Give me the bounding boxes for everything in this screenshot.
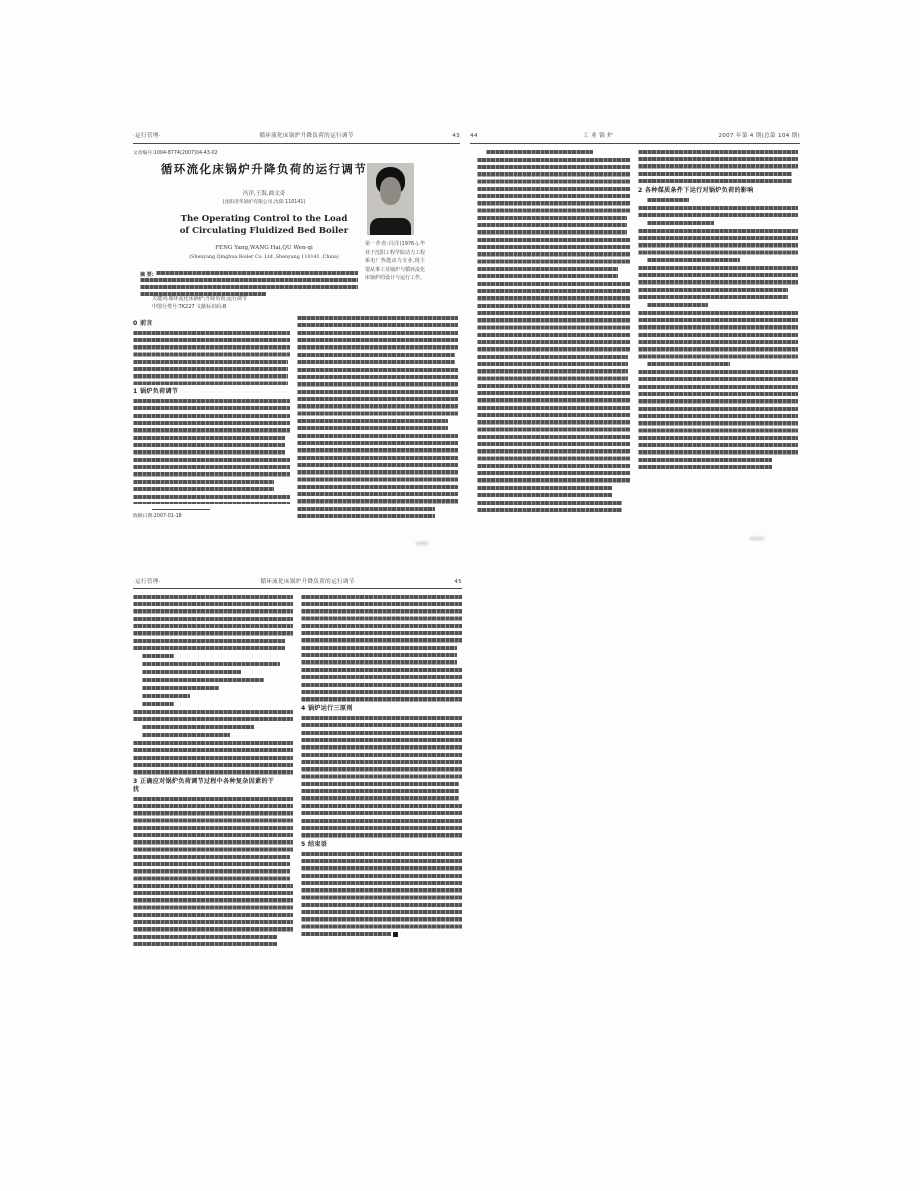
- authors-en: FENG Yang,WANG Hai,QU Wen-qi: [133, 245, 395, 251]
- body-text-block: [477, 406, 630, 432]
- abstract-label: 摘 要:: [140, 271, 154, 278]
- body-text-block: [301, 595, 462, 621]
- body-text-block: [133, 639, 285, 651]
- body-text-block: [133, 458, 290, 477]
- body-text-block: [638, 436, 798, 455]
- page45-header-title: 循环流化床锅炉升降负荷的运行调节: [260, 577, 354, 585]
- body-text-block: [301, 903, 462, 929]
- body-text-block: [133, 710, 293, 722]
- page44-issue-info: 2007 年第 4 期(总第 104 期): [718, 131, 800, 139]
- body-text-block: [301, 668, 462, 680]
- page43-header-rule: [133, 143, 460, 144]
- body-text-block: [297, 485, 458, 504]
- page45-header-column: ·运行管理·: [133, 577, 161, 585]
- body-text-block: [301, 624, 462, 643]
- keywords-line: 关键词:循环流化床锅炉;升降负荷;运行调节: [152, 295, 247, 302]
- page43-header-column: ·运行管理·: [133, 131, 161, 139]
- section-heading-3: 3 正确应对锅炉负荷调节过程中各种复杂因素的干扰: [133, 778, 280, 794]
- page45-left-column: 3 正确应对锅炉负荷调节过程中各种复杂因素的干扰: [133, 595, 293, 967]
- final-line: [301, 932, 462, 937]
- body-text-block: [133, 414, 290, 433]
- section-heading-2: 2 各种煤质条件下运行对锅炉负荷的影响: [638, 187, 798, 195]
- body-text-block: [477, 486, 612, 498]
- body-text-block: [142, 662, 280, 667]
- body-text-block: [647, 198, 689, 203]
- abstract-text-line: [156, 271, 358, 276]
- article-number: 文章编号:1004-8774(2007)04-43-02: [133, 149, 218, 156]
- body-text-block: [133, 617, 293, 636]
- body-text-block: [133, 741, 293, 753]
- author-photo: [367, 163, 414, 235]
- body-text-block: [301, 782, 459, 801]
- article-end-mark: [393, 932, 398, 937]
- body-text-block: [301, 716, 462, 728]
- body-text-block: [297, 331, 458, 350]
- photo-shoulders: [370, 218, 411, 235]
- section-heading-4: 4 锅炉运行三原则: [301, 705, 462, 713]
- body-text-block: [301, 646, 457, 665]
- body-text-block: [477, 435, 630, 461]
- body-text-block: [297, 434, 458, 453]
- classification-line: 中图分类号:TK227 文献标识码:B: [152, 303, 226, 310]
- body-text-block: [477, 333, 630, 352]
- page43-page-number: 43: [452, 133, 460, 139]
- body-text-block: [142, 702, 174, 707]
- body-text-block: [133, 884, 293, 910]
- body-text-block: [133, 855, 290, 881]
- body-text-block: [647, 221, 714, 226]
- page43-running-header: ·运行管理· 循环流化床锅炉升降负荷的运行调节 43: [133, 131, 460, 139]
- body-text-block: [297, 353, 455, 365]
- body-text-block: [301, 804, 462, 816]
- body-text-block: [133, 331, 290, 357]
- body-text-block: [133, 360, 288, 385]
- body-text-block: [638, 288, 788, 300]
- body-text-block: [301, 852, 462, 871]
- page44-journal-name: 工 业 锅 炉: [583, 131, 613, 139]
- photo-face: [380, 177, 401, 205]
- body-text-block: [133, 399, 290, 411]
- body-text-block: [477, 384, 630, 403]
- body-text-block: [477, 187, 630, 213]
- affiliation-cn: (沈阳清华锅炉有限公司,沈阳 110141): [133, 198, 395, 205]
- body-text-block: [301, 731, 462, 750]
- body-text-block: [142, 733, 230, 738]
- affiliation-en: (Shenyang Qinghua Boiler Co. Ltd ,Shenya…: [133, 255, 395, 260]
- section-heading-0: 0 前言: [133, 320, 290, 328]
- page44-running-header: 44 工 业 锅 炉 2007 年第 4 期(总第 104 期): [470, 131, 800, 139]
- abstract-text-lines: [140, 278, 358, 290]
- body-text-block: [133, 495, 290, 504]
- page44-header-rule: [470, 143, 800, 144]
- body-text-block: [477, 355, 628, 381]
- body-text-block: [133, 935, 277, 947]
- body-text-block: [477, 501, 622, 513]
- body-text-block: [638, 370, 798, 382]
- body-text-block: [301, 819, 462, 838]
- page45-right-column: 4 锅炉运行三原则 5 结束语: [301, 595, 462, 967]
- body-text-block: [638, 407, 798, 433]
- authors-cn: 冯洋,王海,曲文奇: [133, 189, 395, 197]
- received-date: 收稿日期:2007-01-18: [133, 512, 182, 519]
- body-text-block: [638, 458, 772, 470]
- body-text-block: [477, 158, 630, 184]
- page44-right-column: 2 各种煤质条件下运行对锅炉负荷的影响: [638, 150, 798, 522]
- body-text-block: [638, 385, 798, 404]
- body-text-block: [647, 258, 740, 263]
- body-text-block: [477, 267, 618, 279]
- paper-title-en-line2: of Circulating Fluidized Bed Boiler: [133, 226, 395, 236]
- body-text-block: [638, 229, 798, 255]
- body-text-block: [638, 333, 798, 359]
- page44-page-number: 44: [470, 133, 478, 139]
- body-text-block: [297, 419, 448, 431]
- page45-header-rule: [133, 588, 462, 589]
- body-text-block: [142, 725, 254, 730]
- scanned-document-canvas: ·运行管理· 循环流化床锅炉升降负荷的运行调节 43 文章编号:1004-877…: [0, 0, 920, 1191]
- body-text-block: [638, 266, 798, 285]
- paper-title-en-line1: The Operating Control to the Load: [133, 214, 395, 224]
- body-text-block: [297, 368, 458, 387]
- body-text-block: [133, 436, 285, 455]
- body-text-block: [297, 507, 435, 519]
- body-text-block: [638, 172, 792, 184]
- page43-header-title: 循环流化床锅炉升降负荷的运行调节: [259, 131, 353, 139]
- page45-page-number: 45: [454, 579, 462, 585]
- body-text-block: [133, 756, 293, 775]
- body-text-block: [142, 678, 264, 683]
- body-text-block: [142, 686, 219, 691]
- body-text-block: [297, 456, 458, 482]
- body-text-block: [133, 913, 293, 932]
- body-text-block: [647, 303, 708, 308]
- body-text-block: [638, 150, 798, 169]
- page44-left-column: [477, 150, 630, 522]
- body-text-block: [301, 874, 462, 900]
- body-text-block: [133, 797, 293, 823]
- body-text-block: [486, 150, 593, 155]
- author-bio-caption: 第一作者:冯洋(1976-),毕业于沈阳工程学院动力工程系电厂热能动力专业,现主…: [365, 240, 425, 283]
- body-text-block: [638, 311, 798, 330]
- page45-running-header: ·运行管理· 循环流化床锅炉升降负荷的运行调节 45: [133, 577, 462, 585]
- section-heading-5: 5 结束语: [301, 841, 462, 849]
- paper-title: 循环流化床锅炉升降负荷的运行调节: [133, 161, 395, 177]
- body-text-block: [638, 206, 798, 218]
- body-text-block: [133, 826, 293, 852]
- body-text-block: [301, 683, 462, 702]
- footnote-rule: [152, 509, 210, 510]
- section-heading-1: 1 锅炉负荷调节: [133, 388, 290, 396]
- body-text-block: [142, 694, 190, 699]
- abstract-block: 摘 要:: [140, 271, 358, 297]
- scan-artifact: [416, 542, 428, 545]
- body-text-block: [477, 216, 627, 235]
- body-text-block: [297, 390, 458, 416]
- body-text-block: [647, 362, 730, 367]
- body-text-block: [142, 654, 174, 659]
- body-text-block: [133, 480, 274, 492]
- page43-right-column: [297, 316, 458, 520]
- body-text-block: [477, 238, 630, 264]
- body-text-block: [142, 670, 241, 675]
- body-text-block: [301, 753, 462, 779]
- scan-artifact: [750, 537, 764, 540]
- body-text-block: [477, 304, 630, 330]
- body-text-block: [301, 932, 391, 937]
- body-text-block: [477, 464, 630, 483]
- body-text-block: [297, 316, 458, 328]
- page43-left-column: 0 前言 1 锅炉负荷调节: [133, 318, 290, 504]
- body-text-block: [477, 282, 630, 301]
- body-text-block: [133, 595, 293, 614]
